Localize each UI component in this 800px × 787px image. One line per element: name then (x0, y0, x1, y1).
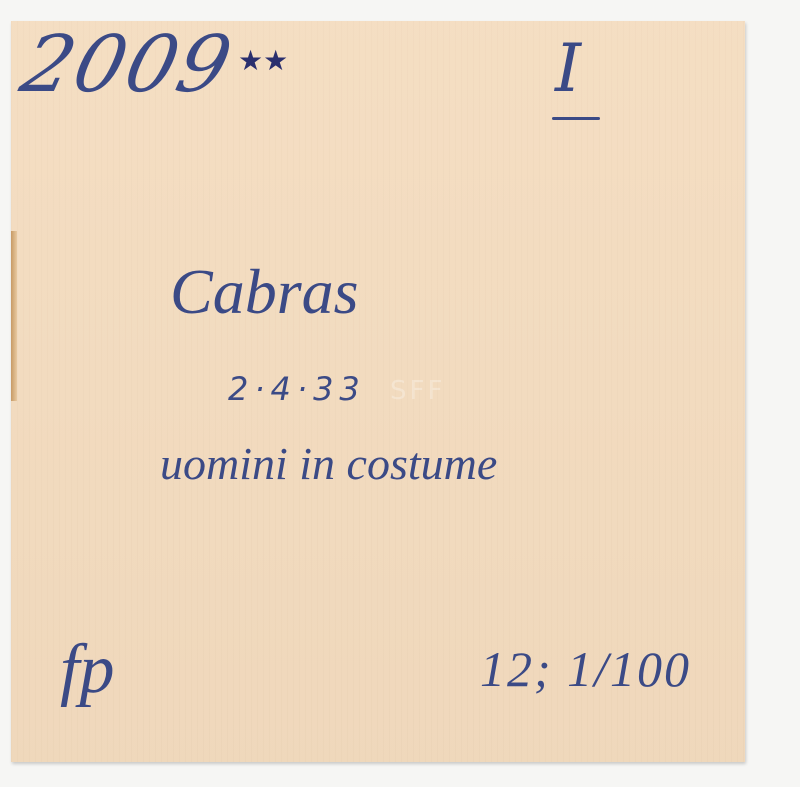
description: uomini in costume (160, 437, 497, 490)
place-name: Cabras (170, 255, 359, 329)
photographer-initials: fp (60, 630, 114, 710)
numeral-underline (552, 117, 600, 120)
exposure-reference: 12; 1/100 (480, 640, 691, 698)
folded-paper-edge (11, 231, 17, 401)
catalog-number: 2009 (13, 20, 242, 110)
series-numeral: I (555, 30, 581, 107)
star-marks-icon: ★★ (238, 44, 288, 77)
date: 2·4·33 (228, 370, 366, 408)
watermark: SFF (390, 376, 445, 406)
